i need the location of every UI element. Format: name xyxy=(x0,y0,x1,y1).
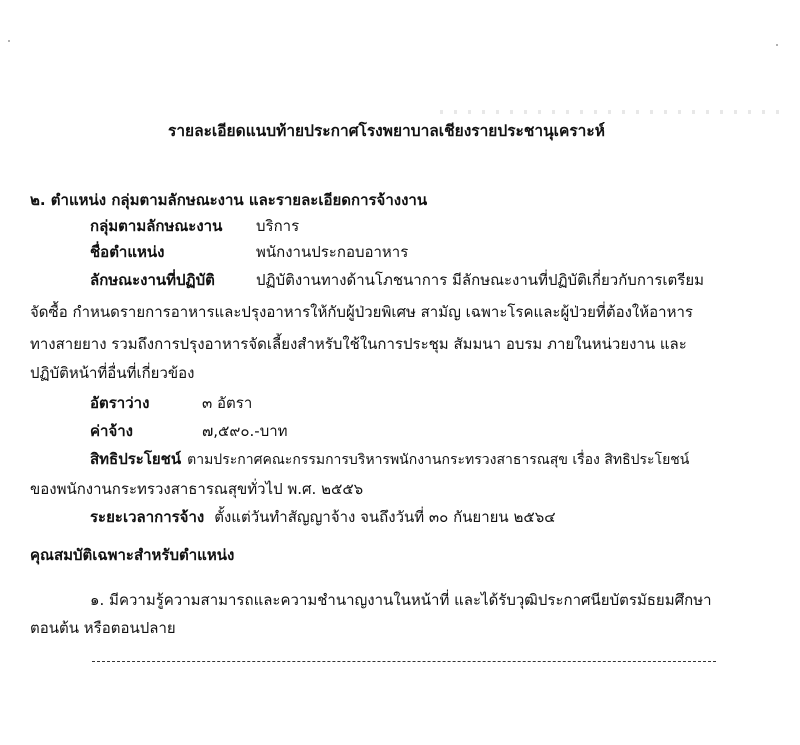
group-label: กลุ่มตามลักษณะงาน xyxy=(90,216,256,236)
employment-period-row: ระยะเวลาการจ้างตั้งแต่วันทำสัญญาจ้าง จนถ… xyxy=(90,507,556,527)
group-row: กลุ่มตามลักษณะงานบริการ xyxy=(90,216,299,236)
document-title: รายละเอียดแนบท้ายประกาศโรงพยาบาลเชียงราย… xyxy=(168,121,605,141)
duties-row: ลักษณะงานที่ปฏิบัติปฏิบัติงานทางด้านโภชน… xyxy=(90,270,704,290)
benefits-text-line1: ตามประกาศคณะกรรมการบริหารพนักงานกระทรวงส… xyxy=(187,452,689,468)
wage-row: ค่าจ้าง๗,๕๙๐.-บาท xyxy=(90,421,288,441)
benefits-label: สิทธิประโยชน์ xyxy=(90,449,181,469)
vacancies-row: อัตราว่าง๓ อัตรา xyxy=(90,393,252,413)
wage-label: ค่าจ้าง xyxy=(90,421,202,441)
position-label: ชื่อตำแหน่ง xyxy=(90,242,256,262)
vacancies-value: ๓ อัตรา xyxy=(202,394,252,412)
benefits-text-line2: ของพนักงานกระทรวงสาธารณสุขทั่วไป พ.ศ. ๒๕… xyxy=(30,479,363,499)
employment-period-label: ระยะเวลาการจ้าง xyxy=(90,507,204,527)
duties-text-line2: จัดซื้อ กำหนดรายการอาหารและปรุงอาหารให้ก… xyxy=(30,302,693,322)
section-heading: ๒. ตำแหน่ง กลุ่มตามลักษณะงาน และรายละเอี… xyxy=(30,190,427,210)
scan-speck xyxy=(8,40,10,42)
benefits-row: สิทธิประโยชน์ตามประกาศคณะกรรมการบริหารพน… xyxy=(90,449,689,470)
qualification-item-1-line2: ตอนต้น หรือตอนปลาย xyxy=(30,618,176,638)
qualifications-heading: คุณสมบัติเฉพาะสำหรับตำแหน่ง xyxy=(30,545,234,565)
duties-label: ลักษณะงานที่ปฏิบัติ xyxy=(90,270,256,290)
position-value: พนักงานประกอบอาหาร xyxy=(256,243,408,261)
position-row: ชื่อตำแหน่งพนักงานประกอบอาหาร xyxy=(90,242,408,262)
employment-period-value: ตั้งแต่วันทำสัญญาจ้าง จนถึงวันที่ ๓๐ กัน… xyxy=(214,508,555,526)
vacancies-label: อัตราว่าง xyxy=(90,393,202,413)
scan-artifact xyxy=(440,110,780,114)
scan-speck xyxy=(776,44,778,46)
end-divider xyxy=(92,661,716,662)
duties-text-line3: ทางสายยาง รวมถึงการปรุงอาหารจัดเลี้ยงสำห… xyxy=(30,334,687,354)
qualification-item-1-line1: ๑. มีความรู้ความสามารถและความชำนาญงานในห… xyxy=(90,590,712,610)
group-value: บริการ xyxy=(256,217,299,235)
duties-text-line4: ปฏิบัติหน้าที่อื่นที่เกี่ยวข้อง xyxy=(30,363,194,383)
wage-value: ๗,๕๙๐.-บาท xyxy=(202,422,288,440)
duties-text-line1: ปฏิบัติงานทางด้านโภชนาการ มีลักษณะงานที่… xyxy=(256,271,704,289)
